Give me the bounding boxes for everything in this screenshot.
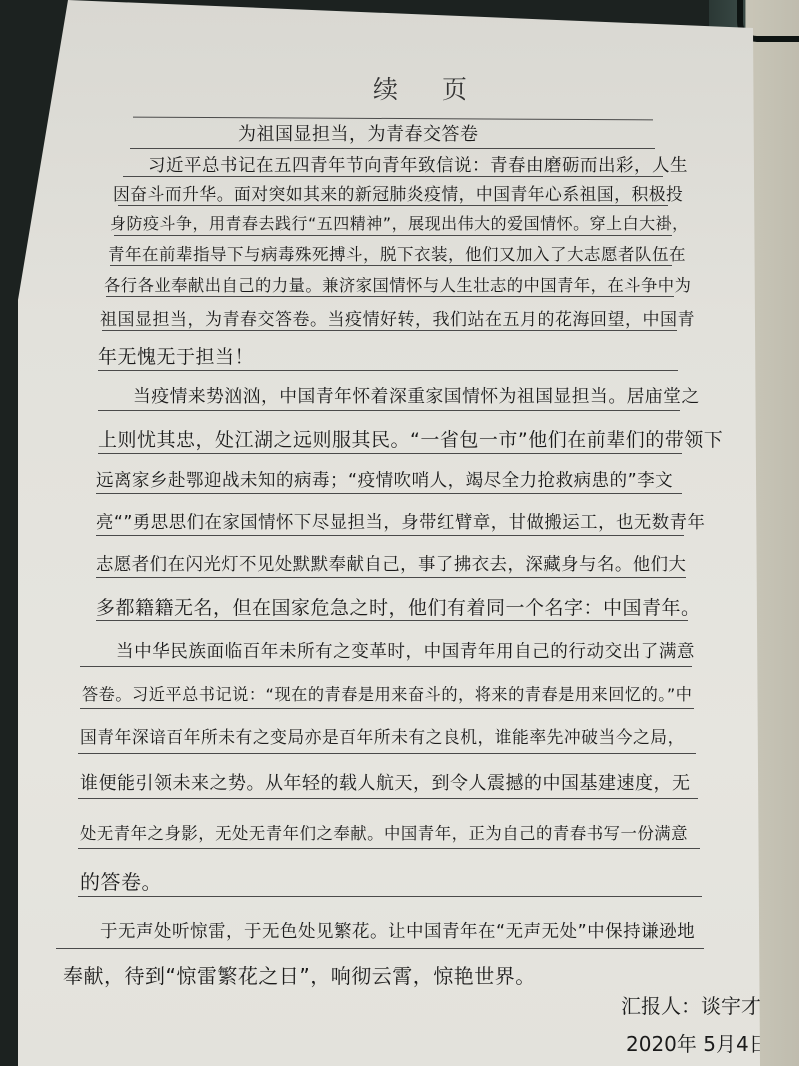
ruled-line: [110, 265, 672, 266]
text-line-6: 祖国显担当，为青春交答卷。当疫情好转，我们站在五月的花海回望，中国青: [100, 305, 695, 330]
ruled-line: [96, 493, 682, 494]
text-line-9: 上则忧其忠，处江湖之远则服其民。“一省包一市”他们在前辈们的带领下: [98, 425, 723, 452]
text-line-13: 多都籍籍无名，但在国家危急之时，他们有着同一个名字：中国青年。: [96, 593, 701, 620]
ruled-line: [78, 753, 696, 754]
ruled-line: [96, 535, 684, 536]
text-line-3: 身防疫斗争，用青春去践行“五四精神”，展现出伟大的爱国情怀。穿上白大褂，: [110, 211, 689, 234]
signature-date: 2020年 5月4日: [626, 1028, 769, 1057]
ruled-line: [98, 453, 682, 454]
ruled-line: [102, 330, 677, 331]
ruled-line: [98, 370, 678, 371]
text-line-21: 奉献，待到“惊雷繁花之日”，响彻云霄，惊艳世界。: [63, 960, 536, 989]
ruled-line: [114, 235, 672, 236]
text-line-14: 当中华民族面临百年未所有之变革时，中国青年用自己的行动交出了满意: [116, 638, 695, 663]
ruled-line: [56, 948, 704, 949]
ruled-line: [130, 148, 655, 149]
text-line-4: 青年在前辈指导下与病毒殊死搏斗，脱下衣装，他们又加入了大志愿者队伍在: [108, 241, 686, 265]
page-header: 续 页: [373, 70, 485, 106]
text-line-16: 国青年深谙百年所未有之变局亦是百年所未有之良机，谁能率先冲破当今之局，: [80, 724, 685, 748]
ruled-line: [118, 205, 668, 206]
text-line-5: 各行各业奉献出自己的力量。兼济家国情怀与人生壮志的中国青年，在斗争中为: [104, 272, 691, 296]
text-line-8: 当疫情来势汹汹，中国青年怀着深重家国情怀为祖国显担当。居庙堂之: [133, 383, 700, 408]
text-line-11: 亮“”勇思思们在家国情怀下尽显担当，身带红臂章，甘做搬运工，也无数青年: [96, 508, 705, 533]
text-line-1: 习近平总书记在五四青年节向青年致信说：青春由磨砺而出彩，人生: [148, 152, 688, 177]
ruled-line: [80, 666, 692, 667]
text-line-18: 处无青年之身影，无处无青年们之奉献。中国青年，正为自己的青春书写一份满意: [80, 820, 688, 844]
ruled-line: [80, 708, 694, 709]
ruled-line: [78, 848, 700, 849]
text-line-17: 谁便能引领未来之势。从年轻的载人航天，到令人震撼的中国基建速度，无: [80, 769, 691, 795]
ruled-line: [78, 798, 698, 799]
text-line-2: 因奋斗而升华。面对突如其来的新冠肺炎疫情，中国青年心系祖国，积极投: [113, 181, 683, 205]
ruled-line: [98, 410, 680, 411]
handwritten-page: 续 页 为祖国显担当，为青春交答卷 习近平总书记在五四青年节向青年致信说：青春由…: [18, 0, 760, 1066]
essay-title: 为祖国显担当，为青春交答卷: [238, 120, 479, 146]
text-line-12: 志愿者们在闪光灯不见处默默奉献自己，事了拂衣去，深藏身与名。他们大: [96, 550, 686, 575]
text-line-15: 答卷。习近平总书记说：“现在的青春是用来奋斗的，将来的青春是用来回忆的。”中: [82, 681, 692, 705]
ruled-line: [96, 577, 686, 578]
ruled-line: [78, 896, 702, 897]
text-line-10: 远离家乡赴鄂迎战未知的病毒；“疫情吹哨人，竭尽全力抢救病患的”李文: [96, 467, 673, 492]
text-line-19: 的答卷。: [80, 866, 162, 895]
ruled-line: [106, 296, 674, 297]
text-line-7: 年无愧无于担当！: [98, 342, 254, 369]
reporter-signature: 汇报人：谈宇才: [621, 990, 761, 1019]
text-line-20: 于无声处听惊雷，于无色处见繁花。让中国青年在“无声无处”中保持谦逊地: [100, 918, 695, 943]
ruled-line: [96, 620, 688, 621]
